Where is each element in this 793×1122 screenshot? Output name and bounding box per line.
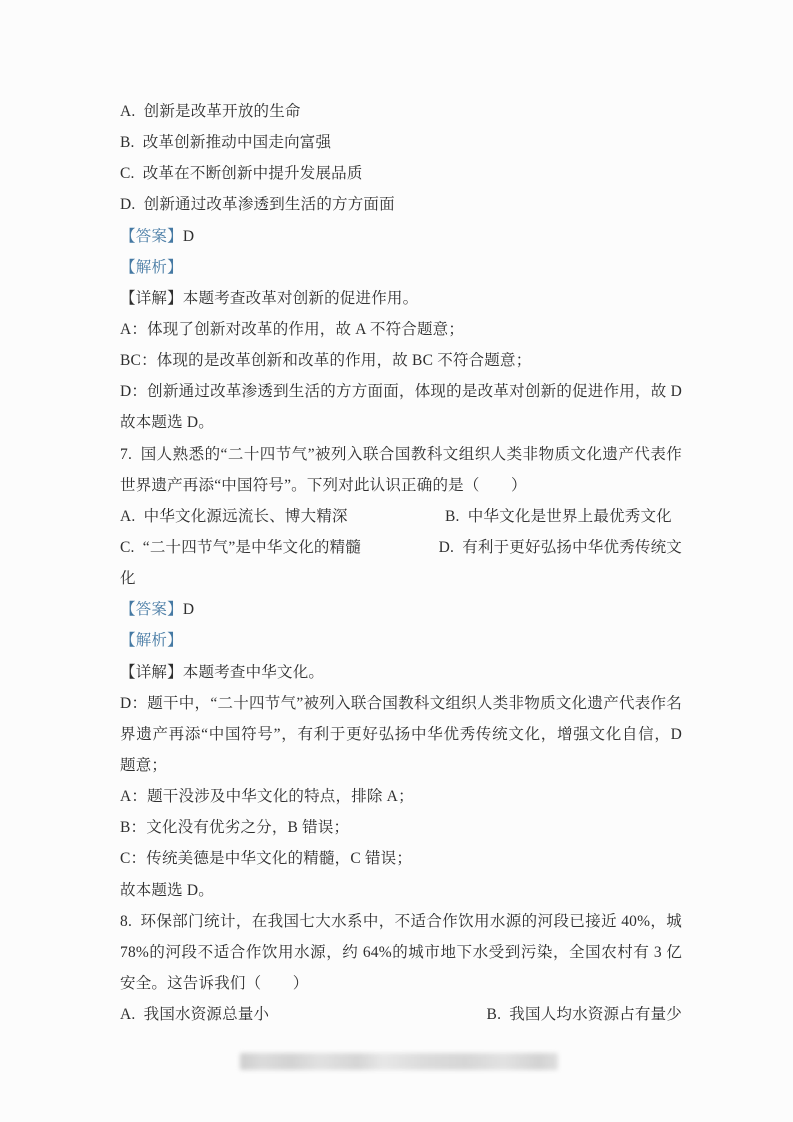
document-line: 【解析】 bbox=[120, 625, 682, 656]
document-line: 【答案】D bbox=[120, 221, 682, 252]
answer-label: 【解析】 bbox=[120, 632, 183, 649]
document-line: A. 中华文化源远流长、博大精深B. 中华文化是世界上最优秀文化 bbox=[120, 501, 682, 532]
document-line: D：创新通过改革渗透到生活的方方面面，体现的是改革对创新的促进作用，故 D 符合… bbox=[120, 376, 682, 407]
blurred-watermark bbox=[240, 1053, 558, 1070]
exam-lines: A. 创新是改革开放的生命B. 改革创新推动中国走向富强C. 改革在不断创新中提… bbox=[120, 96, 682, 1030]
option-cell: A. 中华文化源远流长、博大精深 bbox=[120, 501, 445, 532]
option-cell: B. 中华文化是世界上最优秀文化 bbox=[445, 501, 672, 532]
document-line: D：题干中，“二十四节气”被列入联合国教科文组织人类非物质文化遗产代表作名录，世 bbox=[120, 688, 682, 719]
answer-label: 【解析】 bbox=[120, 259, 183, 276]
option-cell: B. 我国人均水资源占有量少 bbox=[487, 999, 682, 1030]
document-line: 世界遗产再添“中国符号”。下列对此认识正确的是（ ） bbox=[120, 470, 682, 501]
answer-label: 【答案】 bbox=[120, 601, 183, 618]
document-line: C. “二十四节气”是中华文化的精髓D. 有利于更好弘扬中华优秀传统文 bbox=[120, 532, 682, 563]
document-line: B：文化没有优劣之分，B 错误； bbox=[120, 812, 682, 843]
answer-label: 【答案】 bbox=[120, 228, 183, 245]
option-cell: D. 有利于更好弘扬中华优秀传统文 bbox=[439, 532, 682, 563]
document-line: A. 我国水资源总量小B. 我国人均水资源占有量少 bbox=[120, 999, 682, 1030]
document-line: 安全。这告诉我们（ ） bbox=[120, 968, 682, 999]
document-line: 【详解】本题考查中华文化。 bbox=[120, 657, 682, 688]
document-line: C：传统美德是中华文化的精髓，C 错误； bbox=[120, 843, 682, 874]
document-line: A：题干没涉及中华文化的特点，排除 A； bbox=[120, 781, 682, 812]
document-line: 【解析】 bbox=[120, 252, 682, 283]
document-line: 题意； bbox=[120, 750, 682, 781]
exam-page: A. 创新是改革开放的生命B. 改革创新推动中国走向富强C. 改革在不断创新中提… bbox=[0, 0, 793, 1122]
option-cell: C. “二十四节气”是中华文化的精髓 bbox=[120, 532, 439, 563]
document-line: 【详解】本题考查改革对创新的促进作用。 bbox=[120, 283, 682, 314]
document-line: A：体现了创新对改革的作用，故 A 不符合题意； bbox=[120, 314, 682, 345]
document-line: 7. 国人熟悉的“二十四节气”被列入联合国教科文组织人类非物质文化遗产代表作名录… bbox=[120, 439, 682, 470]
document-line: BC：体现的是改革创新和改革的作用，故 BC 不符合题意； bbox=[120, 345, 682, 376]
document-line: 界遗产再添“中国符号”，有利于更好弘扬中华优秀传统文化，增强文化自信，D 说法符… bbox=[120, 719, 682, 750]
document-line: A. 创新是改革开放的生命 bbox=[120, 96, 682, 127]
document-line: 78%的河段不适合作饮用水源，约 64%的城市地下水受到污染，全国农村有 3 亿… bbox=[120, 937, 682, 968]
document-line: 故本题选 D。 bbox=[120, 407, 682, 438]
document-line: D. 创新通过改革渗透到生活的方方面面 bbox=[120, 189, 682, 220]
document-line: 【答案】D bbox=[120, 594, 682, 625]
document-line: 化 bbox=[120, 563, 682, 594]
document-line: C. 改革在不断创新中提升发展品质 bbox=[120, 158, 682, 189]
document-line: B. 改革创新推动中国走向富强 bbox=[120, 127, 682, 158]
document-line: 8. 环保部门统计，在我国七大水系中，不适合作饮用水源的河段已接近 40%，城市… bbox=[120, 906, 682, 937]
exam-content: A. 创新是改革开放的生命B. 改革创新推动中国走向富强C. 改革在不断创新中提… bbox=[120, 96, 682, 1030]
option-cell: A. 我国水资源总量小 bbox=[120, 999, 487, 1030]
document-line: 故本题选 D。 bbox=[120, 875, 682, 906]
